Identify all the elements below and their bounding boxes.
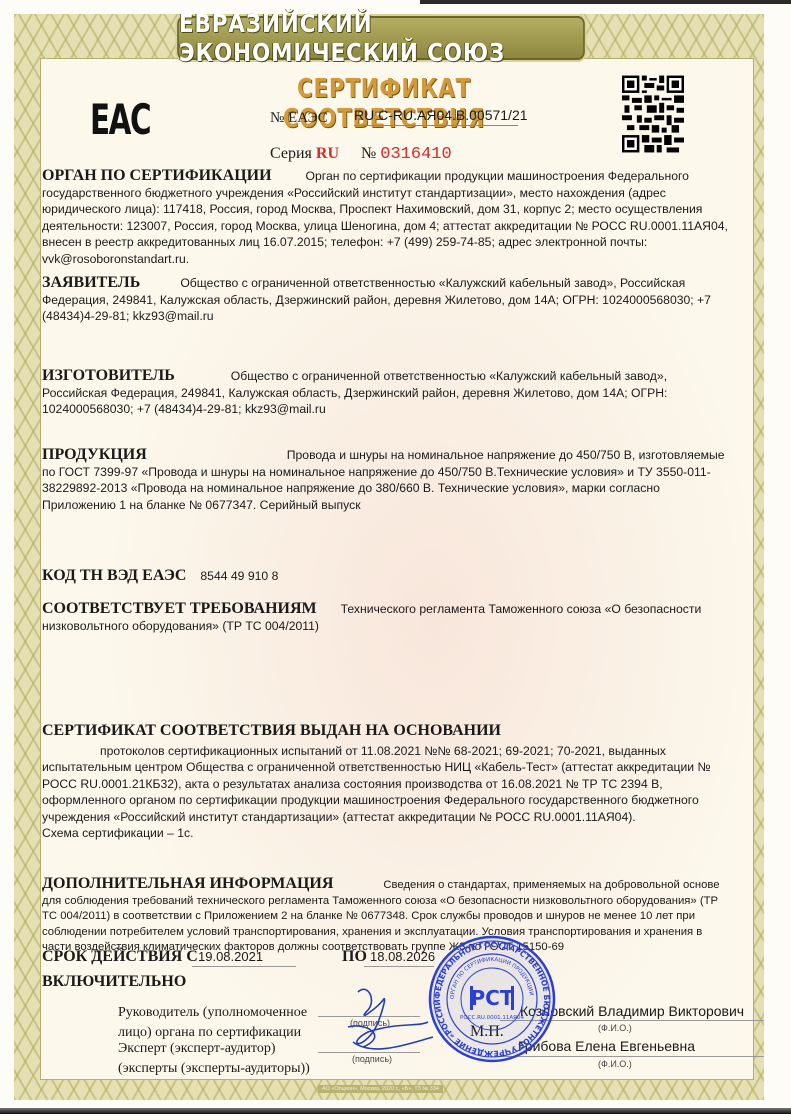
qr-code-icon	[622, 75, 684, 153]
section-product: ПРОДУКЦИЯПровода и шнуры на номинальное …	[42, 447, 732, 513]
heading-conforms: СООТВЕТСТВУЕТ ТРЕБОВАНИЯМ	[42, 600, 317, 617]
scan-edge-top	[420, 0, 791, 4]
head-label: Руководитель (уполномоченное лицо) орган…	[118, 1003, 307, 1043]
printer-mark: АО «Опцион», Москва, 2020 г., «Б», Т3 № …	[318, 1085, 443, 1093]
section-basis: СЕРТИФИКАТ СООТВЕТСТВИЯ ВЫДАН НА ОСНОВАН…	[42, 723, 732, 842]
section-conforms: СООТВЕТСТВУЕТ ТРЕБОВАНИЯМТехнического ре…	[42, 601, 732, 634]
heading-manufacturer: ИЗГОТОВИТЕЛЬ	[42, 367, 175, 384]
section-certification-body: ОРГАН ПО СЕРТИФИКАЦИИОрган по сертификац…	[42, 168, 732, 267]
head-fio-caption: (Ф.И.О.)	[598, 1023, 632, 1033]
expert-fio-caption: (Ф.И.О.)	[598, 1059, 632, 1069]
section-tn-ved-code: КОД ТН ВЭД ЕАЭС8544 49 910 8	[42, 568, 732, 585]
section-additional-info: ДОПОЛНИТЕЛЬНАЯ ИНФОРМАЦИЯСведения о стан…	[42, 876, 732, 956]
number-label: № ЕАЭС	[270, 110, 328, 126]
certificate-number-row: № ЕАЭС RU C-RU.АЯ04.В.00571/21	[270, 110, 328, 127]
signature-icon	[328, 982, 438, 1060]
stamp-accreditation: РОСС.RU.0001.11АЯ04	[460, 1015, 524, 1021]
validity-from-label: СРОК ДЕЙСТВИЯ С	[42, 947, 198, 967]
section-applicant: ЗАЯВИТЕЛЬОбщество с ограниченной ответст…	[42, 275, 732, 325]
heading-product: ПРОДУКЦИЯ	[42, 446, 147, 463]
heading-applicant: ЗАЯВИТЕЛЬ	[42, 274, 140, 291]
validity-to-date: 18.08.2026	[370, 949, 435, 964]
text-applicant: Общество с ограниченной ответственностью…	[42, 276, 711, 323]
expert-label: Эксперт (эксперт-аудитор) (эксперты (экс…	[118, 1039, 310, 1079]
eac-logo-icon: EAC	[90, 96, 131, 144]
heading-basis: СЕРТИФИКАТ СООТВЕТСТВИЯ ВЫДАН НА ОСНОВАН…	[42, 723, 698, 740]
heading-certification-body: ОРГАН ПО СЕРТИФИКАЦИИ	[42, 167, 272, 184]
head-label-line-1: Руководитель (уполномоченное	[118, 1003, 307, 1023]
certification-stamp-icon: ФЕДЕРАЛЬНОЕ ГОСУДАРСТВЕННОЕ БЮДЖЕТНОЕ УЧ…	[428, 935, 556, 1063]
union-banner: ЕВРАЗИЙСКИЙ ЭКОНОМИЧЕСКИЙ СОЮЗ	[177, 16, 585, 60]
validity-to-label: ПО	[342, 947, 367, 967]
series-value: RU	[316, 145, 339, 162]
text-tn-ved-code: 8544 49 910 8	[200, 569, 278, 583]
validity-inclusive: ВКЛЮЧИТЕЛЬНО	[42, 972, 186, 992]
expert-label-line-1: Эксперт (эксперт-аудитор)	[118, 1039, 310, 1059]
heading-additional-info: ДОПОЛНИТЕЛЬНАЯ ИНФОРМАЦИЯ	[42, 875, 333, 892]
series-label: Серия	[270, 145, 312, 162]
text-basis: протоколов сертификационных испытаний от…	[42, 743, 732, 826]
section-manufacturer: ИЗГОТОВИТЕЛЬОбщество с ограниченной отве…	[42, 368, 732, 418]
expert-label-line-2: (эксперты (эксперты-аудиторы))	[118, 1059, 310, 1079]
series-row: Серия RU № 0316410	[270, 145, 452, 164]
stamp-center: РСТ	[471, 986, 514, 1010]
blank-number-label: №	[361, 145, 376, 162]
blank-number: 0316410	[380, 145, 451, 164]
certificate-number: RU C-RU.АЯ04.В.00571/21	[354, 107, 518, 126]
certification-scheme: Схема сертификации – 1с.	[42, 825, 732, 842]
scan-edge-bottom	[0, 1108, 791, 1114]
validity-from-date: 19.08.2021	[198, 949, 263, 964]
heading-tn-ved-code: КОД ТН ВЭД ЕАЭС	[42, 567, 186, 584]
